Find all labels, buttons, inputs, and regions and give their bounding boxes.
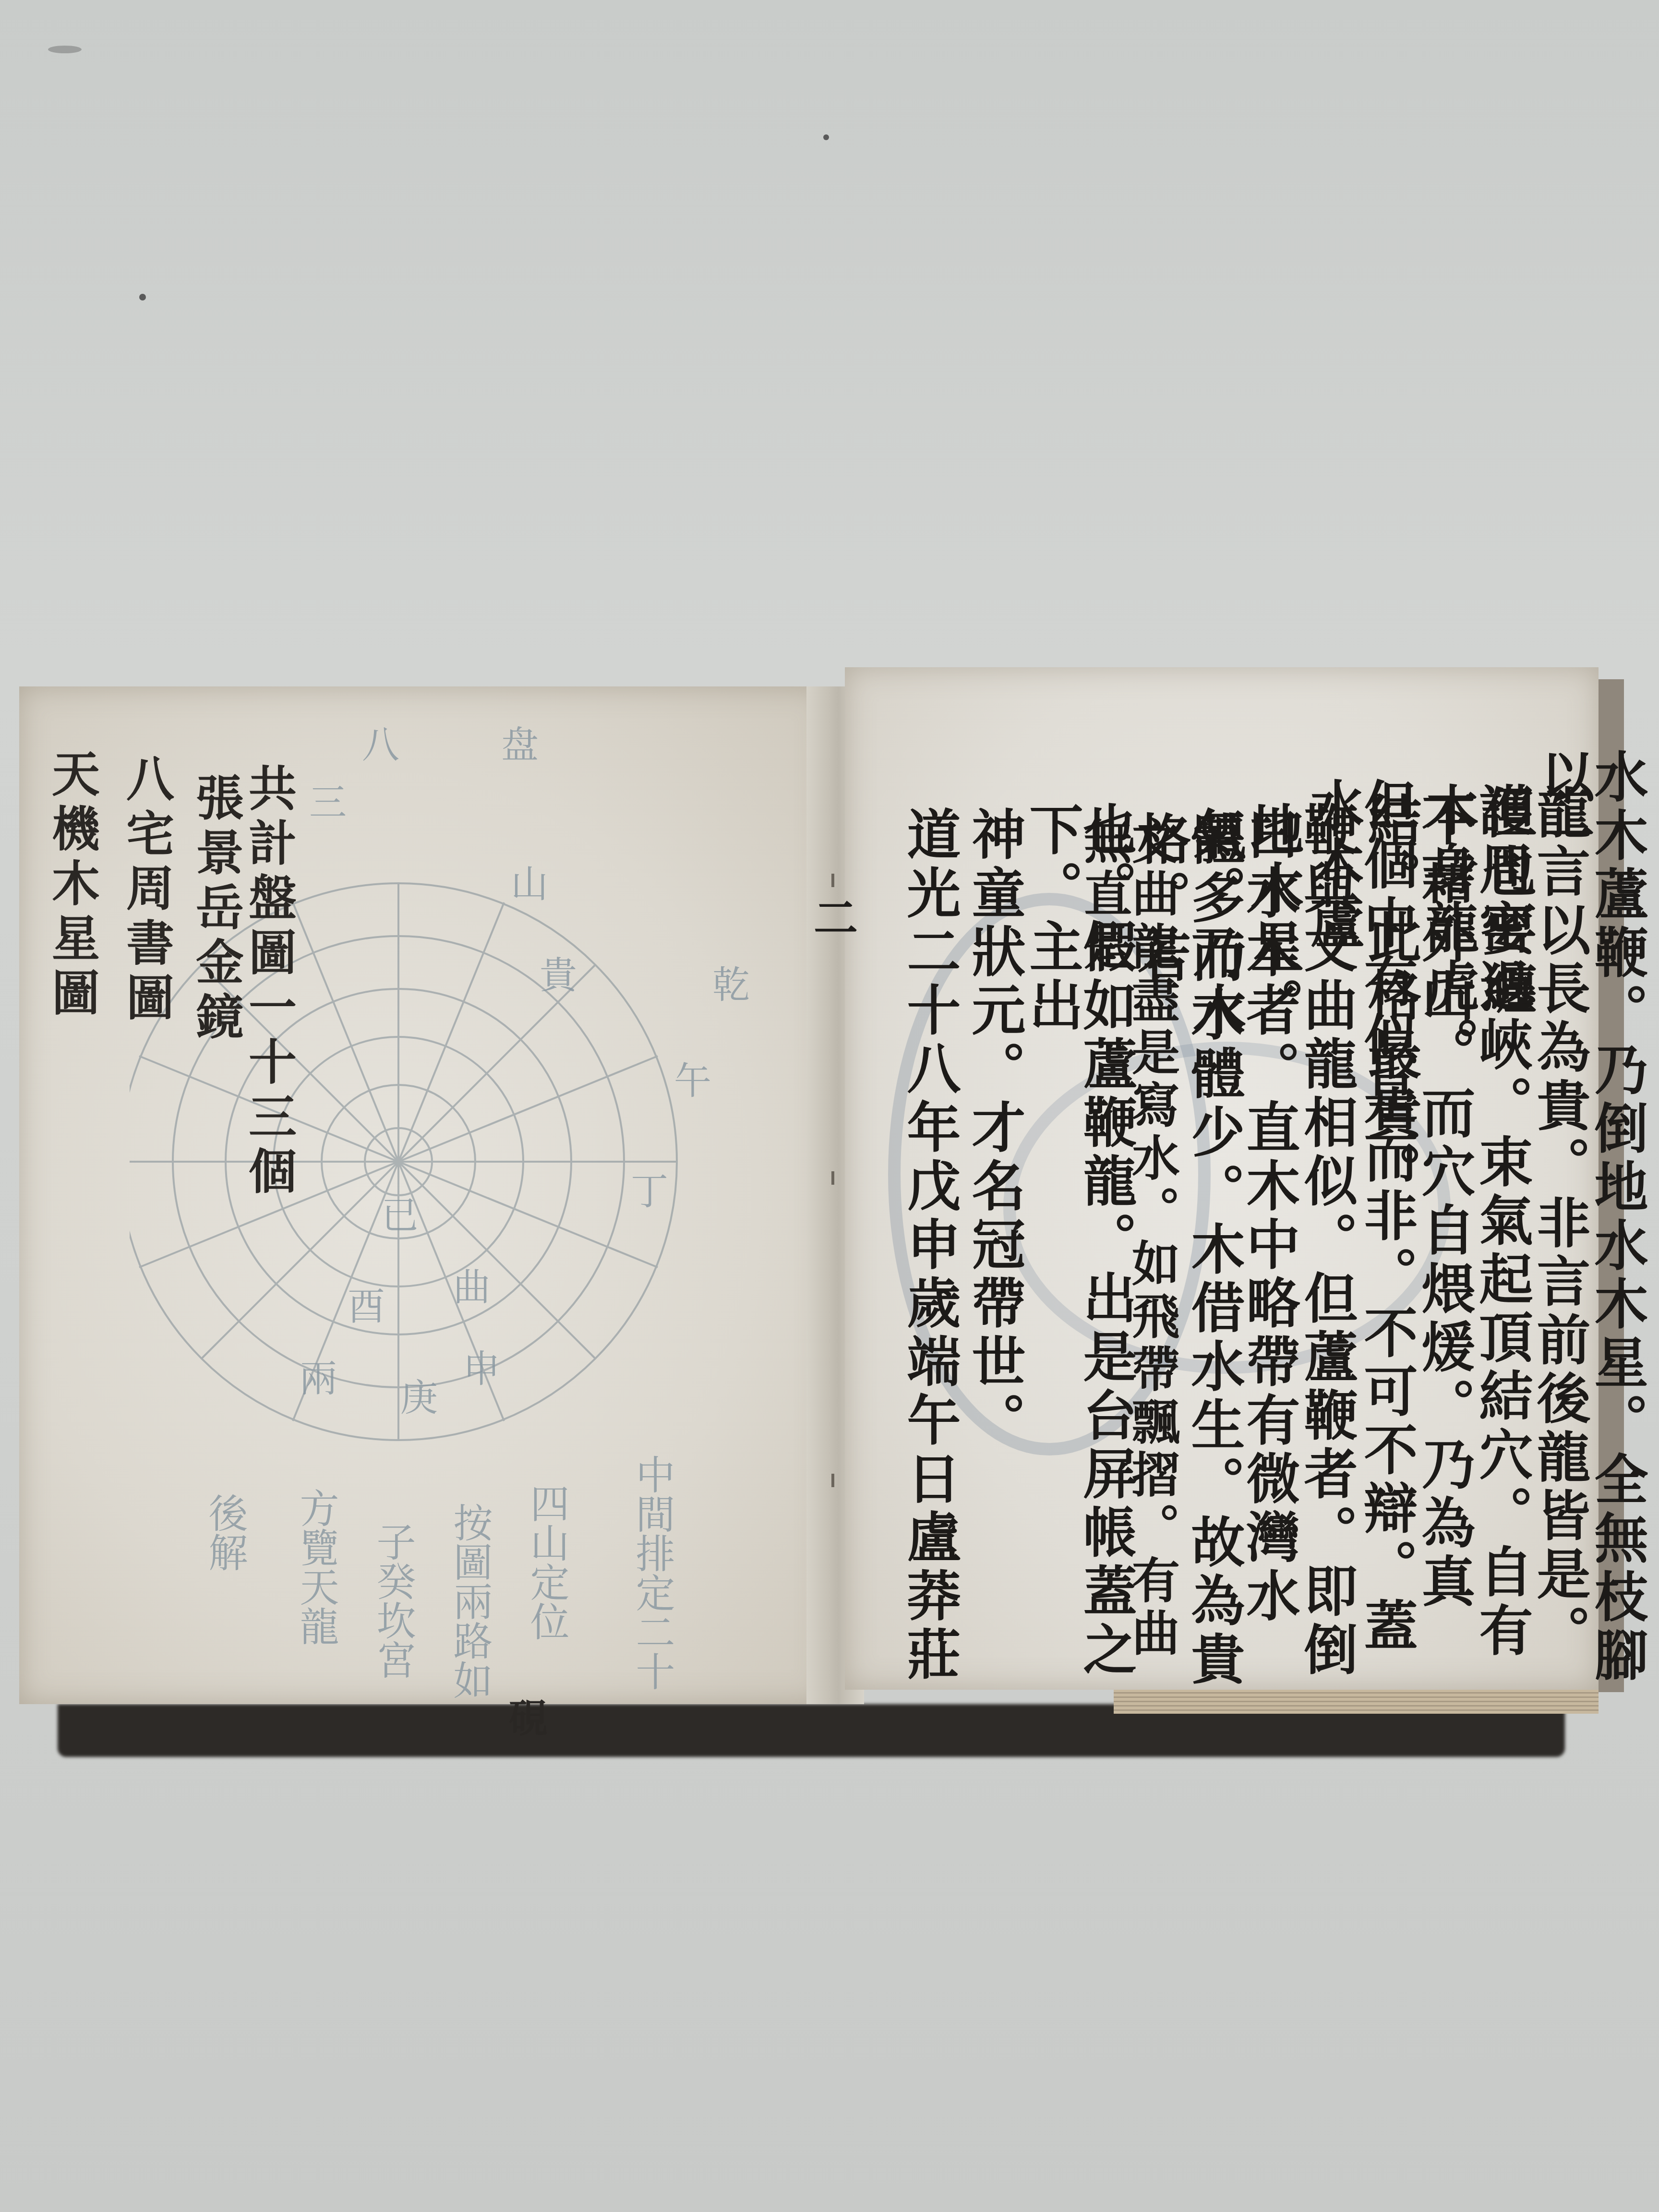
folio-mark: 二: [814, 883, 858, 947]
compass-label: 兩: [288, 1358, 342, 1396]
compass-label: 酉: [336, 1286, 390, 1324]
dust-speck: [48, 46, 82, 53]
colophon-date: 道光二十八年戊申歲端午日盧莽莊: [902, 806, 956, 1685]
show-through-column: 四山定位: [518, 1483, 575, 1641]
compass-label: 貴: [528, 955, 582, 993]
text-column-10: 也。假如蘆鞭龍。出是台屏帳蓋之下。主出: [1025, 802, 1132, 1690]
dust-speck: [139, 294, 146, 301]
right-page[interactable]: 水木蘆鞭。乃倒地水木星。全無枝腳以一 龍言以長為貴。非言前後龍皆是。但也要纏 護…: [845, 667, 1599, 1690]
toc-entry-diagram-count: 共計盤圖一十三個: [245, 763, 293, 1201]
show-through-column: 方覽天龍: [288, 1488, 344, 1646]
compass-label: 庚: [389, 1378, 443, 1415]
compass-label: 曲: [442, 1267, 495, 1305]
corner-mark: 硯: [509, 1687, 547, 1743]
compass-label: 午: [662, 1061, 716, 1098]
show-through-column: 中間排定二十: [624, 1455, 680, 1691]
toc-entry-tian-ji: 天機木星圖: [48, 749, 96, 1022]
show-through-column: 後解: [197, 1493, 253, 1572]
compass-label: 八: [350, 725, 404, 762]
compass-label: 丁: [619, 1171, 673, 1209]
binding-stitch: [831, 1171, 834, 1185]
binding-stitch: [831, 1474, 834, 1487]
dust-speck: [823, 134, 829, 140]
compass-label: 三: [298, 782, 351, 820]
compass-label: 盘: [490, 725, 543, 762]
text-column-11: 神童狀元。才名冠帶世。: [967, 806, 1021, 1451]
toc-entry-ba-zhai: 八宅周書圖: [122, 754, 170, 1027]
show-through-column: 子癸坎宮: [365, 1522, 421, 1679]
left-page[interactable]: 已 酉 曲 申 庚 兩 八 三 盘 山 午 丁 貴 乾 中間排定二十 四山定位 …: [19, 686, 826, 1704]
compass-label: 已: [370, 1195, 423, 1233]
open-book: 已 酉 曲 申 庚 兩 八 三 盘 山 午 丁 貴 乾 中間排定二十 四山定位 …: [19, 667, 1623, 1752]
compass-label: 乾: [701, 965, 755, 1002]
show-through-column: 按圖兩路如: [442, 1503, 498, 1699]
toc-entry-jin-jing: 張景岳金鏡: [192, 773, 240, 1046]
compass-label: 山: [499, 864, 553, 902]
compass-label: 申: [451, 1349, 505, 1386]
